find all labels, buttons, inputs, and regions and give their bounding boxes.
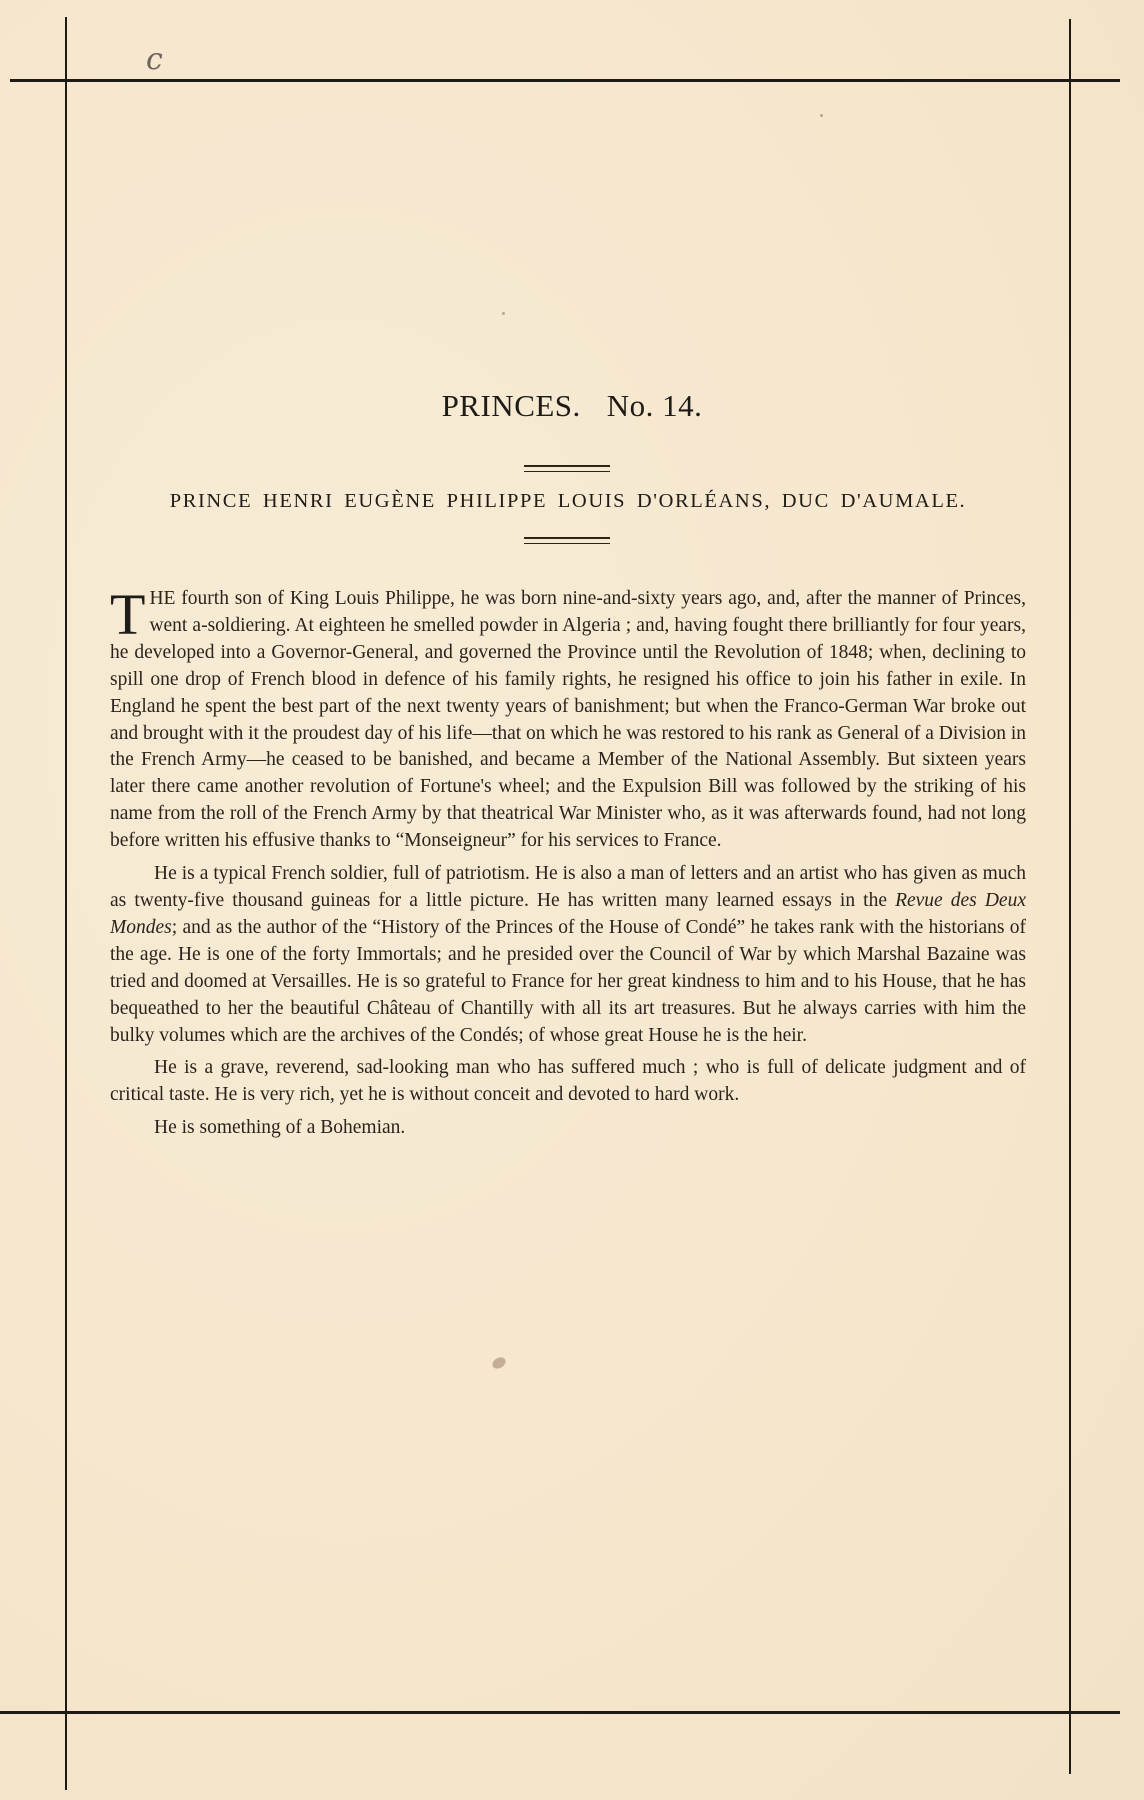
paragraph-2-text-b: ; and as the author of the “History of t… — [110, 917, 1026, 1046]
article-body: THE fourth son of King Louis Philippe, h… — [110, 586, 1026, 1148]
paragraph-4: He is something of a Bohemian. — [110, 1115, 1026, 1142]
page-subtitle: PRINCE HENRI EUGÈNE PHILIPPE LOUIS D'ORL… — [110, 490, 1026, 513]
title-text: PRINCES. — [442, 388, 581, 423]
double-rule-lower — [524, 537, 610, 544]
frame-rule-right — [1069, 19, 1071, 1774]
paragraph-3: He is a grave, reverend, sad-looking man… — [110, 1055, 1026, 1109]
paper-stain — [490, 1355, 507, 1371]
frame-rule-top — [10, 79, 1120, 82]
frame-rule-bottom — [0, 1711, 1120, 1714]
paragraph-2-text-a: He is a typical French soldier, full of … — [110, 863, 1026, 911]
paper-speck — [502, 312, 505, 315]
drop-cap: T — [110, 592, 145, 638]
title-number: No. 14. — [607, 388, 703, 423]
pencil-annotation: c — [146, 42, 163, 77]
double-rule-upper — [524, 465, 610, 472]
paper-speck — [820, 114, 823, 117]
paragraph-1: THE fourth son of King Louis Philippe, h… — [110, 586, 1026, 855]
page-title: PRINCES.No. 14. — [0, 388, 1144, 424]
paragraph-2: He is a typical French soldier, full of … — [110, 861, 1026, 1049]
paragraph-1-text: HE fourth son of King Louis Philippe, he… — [110, 588, 1026, 851]
frame-rule-left — [65, 17, 67, 1790]
